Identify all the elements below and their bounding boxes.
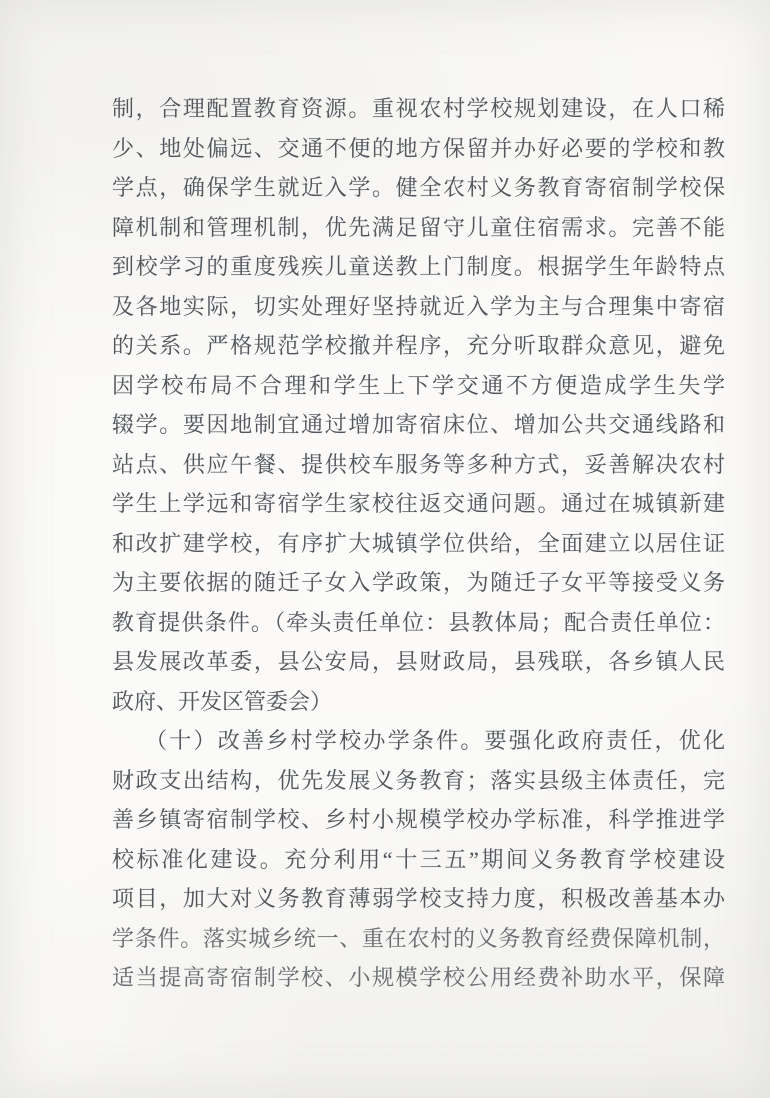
scanned-document-page: { "page": { "paper_color": "#f8f7f4", "i…	[0, 0, 770, 1098]
text-line: 因学校布局不合理和学生上下学交通不方便造成学生失学	[112, 366, 725, 406]
text-line-paragraph-start: （十）改善乡村学校办学条件。要强化政府责任，优化	[112, 721, 725, 761]
text-line: 项目，加大对义务教育薄弱学校支持力度，积极改善基本办	[112, 879, 725, 919]
text-line: 为主要依据的随迁子女入学政策，为随迁子女平等接受义务	[112, 563, 725, 603]
text-line: 校标准化建设。充分利用“十三五”期间义务教育学校建设	[112, 840, 725, 880]
text-line: 学条件。落实城乡统一、重在农村的义务教育经费保障机制，	[112, 919, 725, 959]
text-line-paragraph-end: 政府、开发区管委会）	[112, 682, 725, 722]
text-line: 学点，确保学生就近入学。健全农村义务教育寄宿制学校保	[112, 168, 725, 208]
text-line: 适当提高寄宿制学校、小规模学校公用经费补助水平，保障	[112, 958, 725, 998]
text-line: 和改扩建学校，有序扩大城镇学位供给，全面建立以居住证	[112, 524, 725, 564]
text-line: 到校学习的重度残疾儿童送教上门制度。根据学生年龄特点	[112, 247, 725, 287]
text-line: 少、地处偏远、交通不便的地方保留并办好必要的学校和教	[112, 129, 725, 169]
text-line: 财政支出结构，优先发展义务教育；落实县级主体责任，完	[112, 761, 725, 801]
text-line: 学生上学远和寄宿学生家校往返交通问题。通过在城镇新建	[112, 484, 725, 524]
document-text-block: 制，合理配置教育资源。重视农村学校规划建设，在人口稀 少、地处偏远、交通不便的地…	[112, 89, 725, 998]
text-line: 制，合理配置教育资源。重视农村学校规划建设，在人口稀	[112, 89, 725, 129]
text-line: 障机制和管理机制，优先满足留守儿童住宿需求。完善不能	[112, 208, 725, 248]
text-line: 县发展改革委，县公安局，县财政局，县残联，各乡镇人民	[112, 642, 725, 682]
text-line: 的关系。严格规范学校撤并程序，充分听取群众意见，避免	[112, 326, 725, 366]
text-line: 及各地实际，切实处理好坚持就近入学为主与合理集中寄宿	[112, 287, 725, 327]
text-line: 辍学。要因地制宜通过增加寄宿床位、增加公共交通线路和	[112, 405, 725, 445]
text-line: 教育提供条件。（牵头责任单位：县教体局；配合责任单位：	[112, 603, 725, 643]
text-line: 善乡镇寄宿制学校、乡村小规模学校办学标准，科学推进学	[112, 800, 725, 840]
text-line: 站点、供应午餐、提供校车服务等多种方式，妥善解决农村	[112, 445, 725, 485]
